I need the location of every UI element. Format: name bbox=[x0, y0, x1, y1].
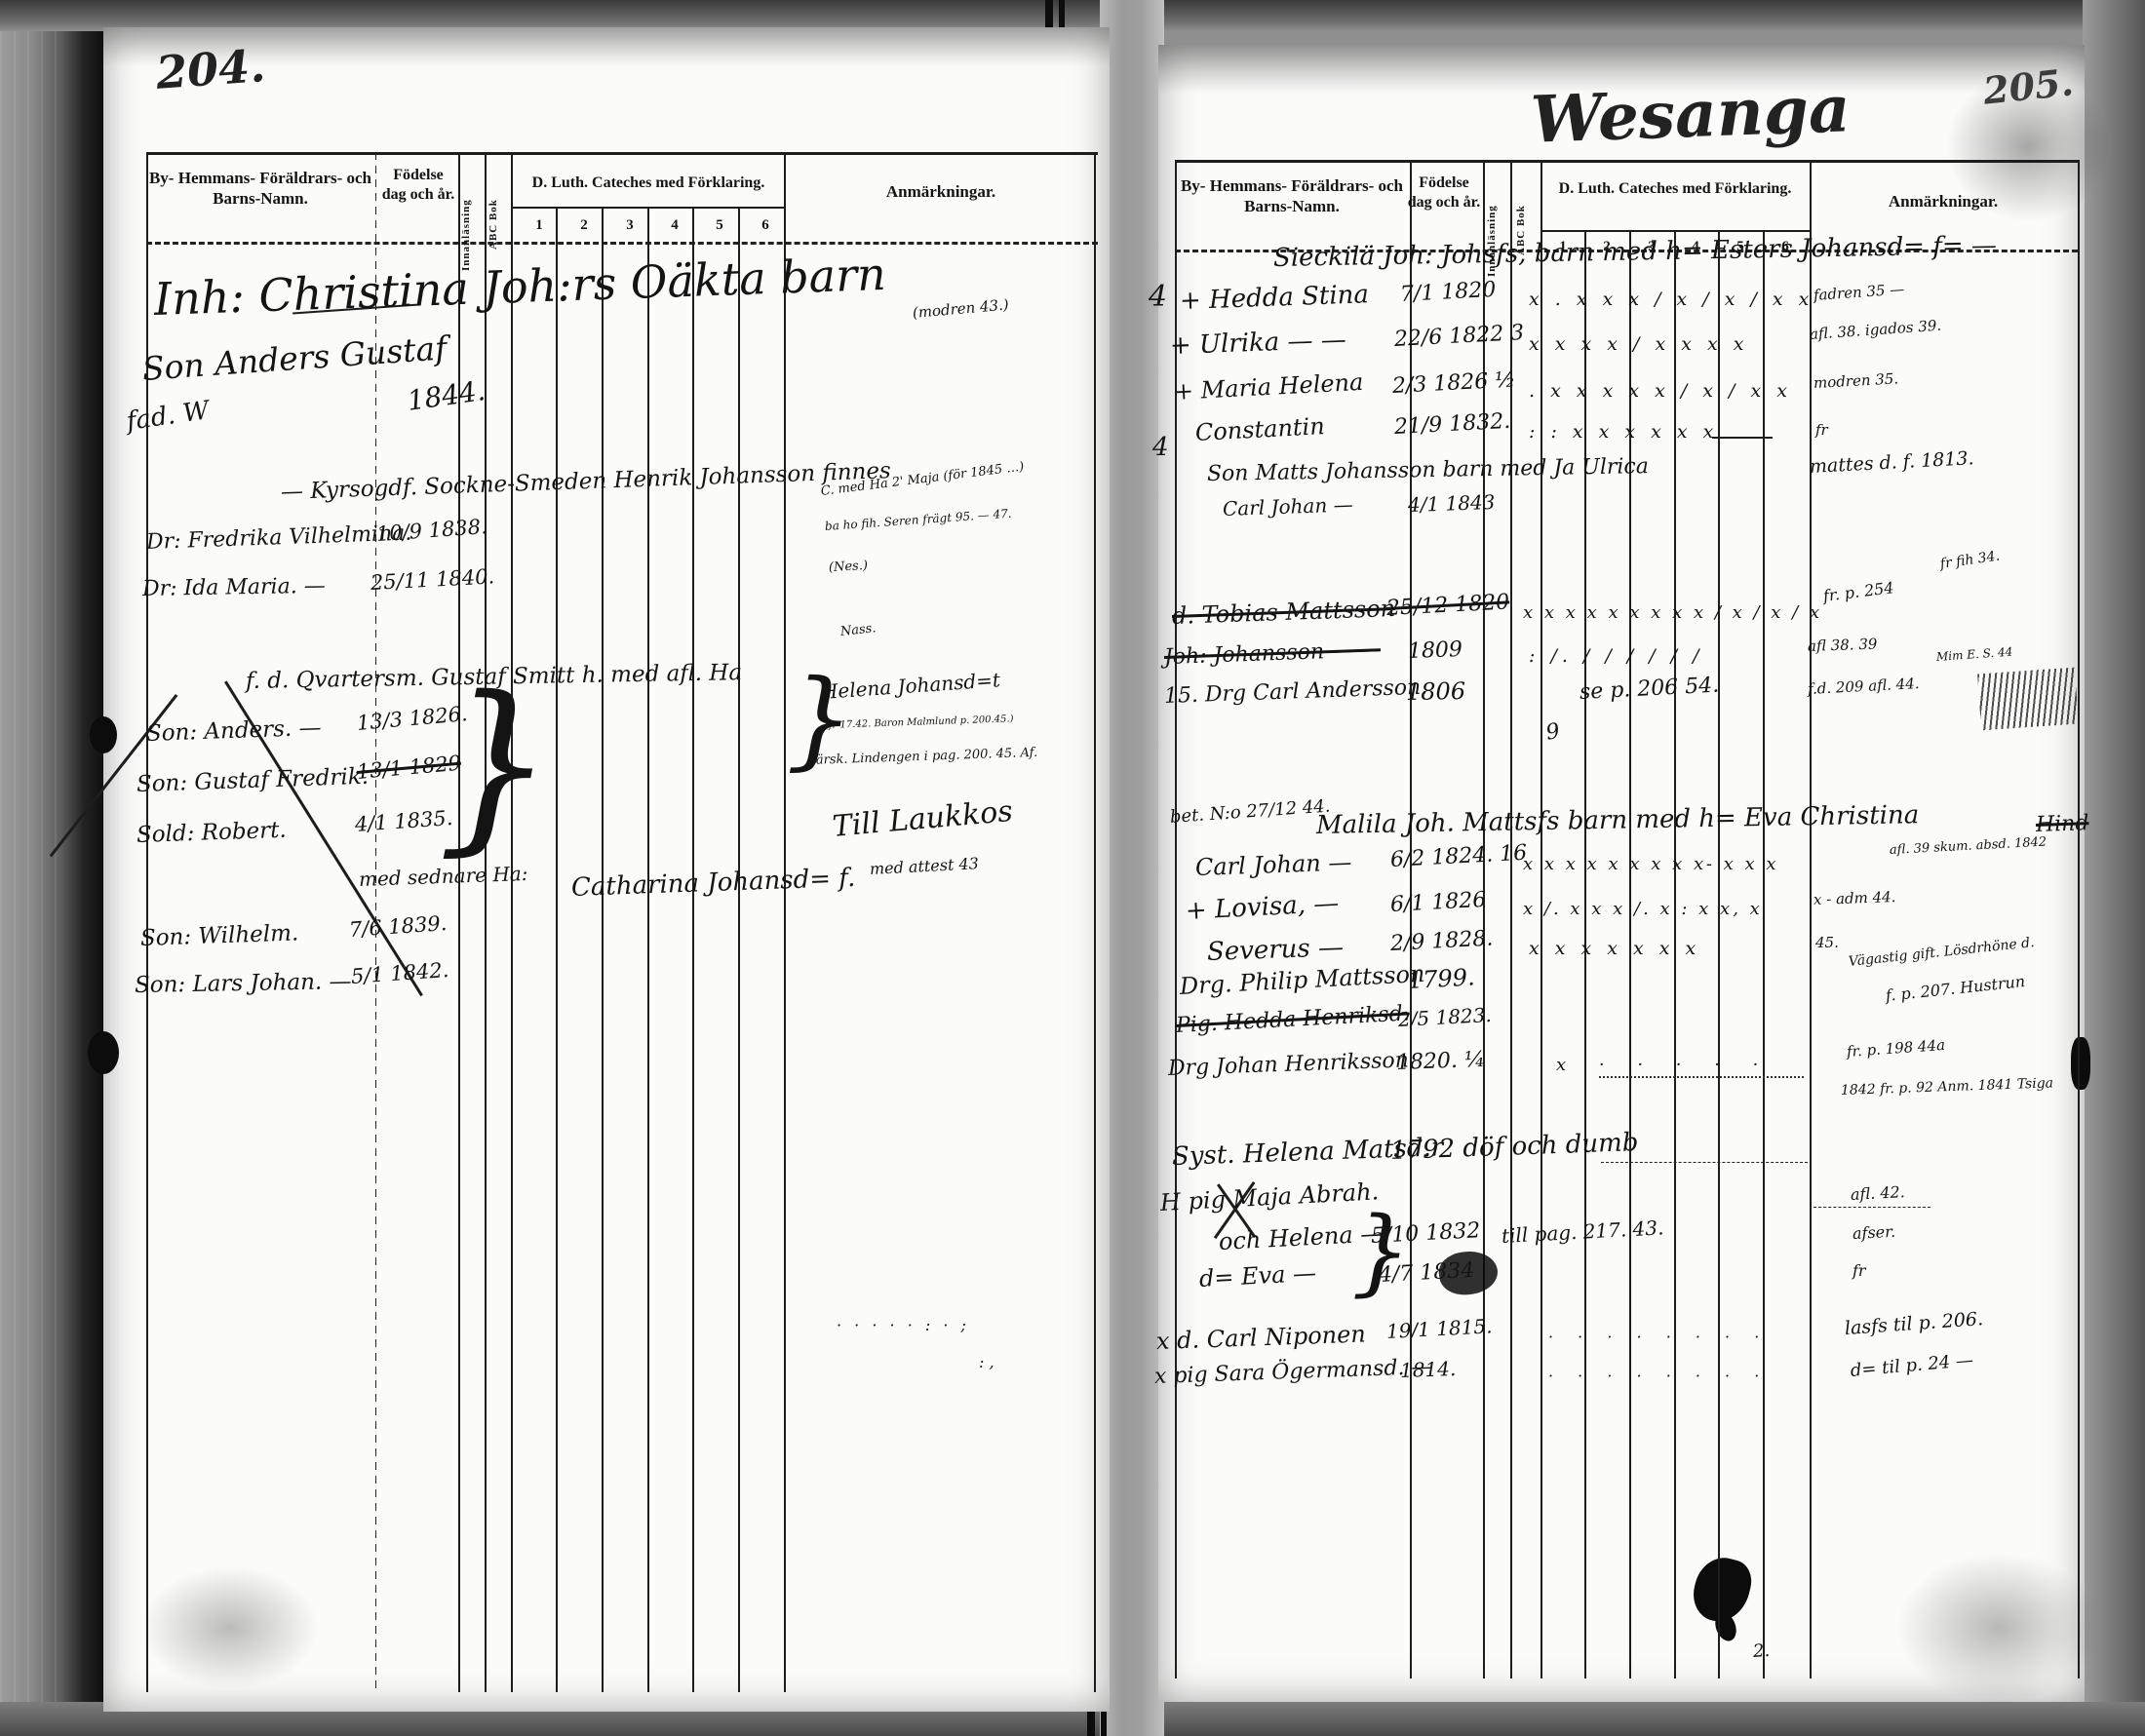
remark: 45. bbox=[1815, 936, 1839, 950]
entry-name: Constantin bbox=[1194, 414, 1325, 444]
entry-name: + Lovisa, — bbox=[1185, 891, 1340, 924]
marks: · · · · · : · ; bbox=[837, 1318, 970, 1333]
entry-name: + Ulrika — — bbox=[1170, 328, 1347, 359]
remark: (Nes.) bbox=[829, 559, 869, 574]
entry-name: Sold: Robert. bbox=[136, 820, 288, 847]
marks: x x x x / x x x x bbox=[1529, 335, 1748, 354]
catechism-col-6: 6 bbox=[751, 216, 780, 235]
entry-date: 1806 bbox=[1406, 679, 1465, 704]
column-header-catechism: D. Luth. Cateches med Förklaring. bbox=[515, 174, 782, 193]
remark: afl. 42. bbox=[1851, 1184, 1906, 1203]
table-rule bbox=[1810, 160, 1812, 1678]
table-rule bbox=[784, 152, 786, 1692]
column-header-birth: Födelse dag och år. bbox=[380, 166, 456, 205]
entry-date: 2/5 1823. bbox=[1397, 1005, 1492, 1029]
entry-name: x d. Carl Niponen bbox=[1156, 1323, 1367, 1353]
column-header-abc: ABC Bok bbox=[1515, 172, 1529, 289]
marks: · · · · · · · · bbox=[1548, 1369, 1769, 1384]
marks: : /. / / / / / / bbox=[1529, 647, 1704, 666]
column-header-remarks: Anmärkningar. bbox=[1860, 191, 2026, 212]
brace: } bbox=[1351, 1205, 1411, 1298]
table-rule bbox=[2078, 160, 2080, 1678]
left-page-number: 204. bbox=[154, 39, 267, 99]
right-page-title: Wesanga bbox=[1530, 70, 1852, 157]
table-rule bbox=[602, 207, 604, 1692]
table-rule bbox=[738, 207, 740, 1692]
marks: x . x x x / x / x / x x bbox=[1529, 290, 1813, 309]
entry-name: Severus — bbox=[1207, 935, 1345, 965]
entry-date: 7/1 1820 bbox=[1399, 280, 1496, 306]
right-page-number: 205. bbox=[1981, 59, 2076, 112]
entry-date: 2/9 1828. bbox=[1389, 928, 1493, 954]
column-header-names: By- Hemmans- Föräldrars- och Barns-Namn. bbox=[148, 168, 372, 210]
marks: . x x x x x / x / x x bbox=[1529, 382, 1792, 401]
strike-line bbox=[1712, 437, 1773, 439]
remark: fr bbox=[1852, 1263, 1866, 1279]
entry-heading: Hind bbox=[2036, 813, 2089, 836]
catechism-col-5: 5 bbox=[705, 216, 734, 235]
page-edge-nub bbox=[88, 1031, 119, 1074]
entry-name: + Hedda Stina bbox=[1180, 282, 1370, 314]
column-header-catechism: D. Luth. Cateches med Förklaring. bbox=[1544, 179, 1806, 199]
marks: x x x x x x x x x- x x x bbox=[1523, 856, 1779, 873]
table-rule bbox=[1175, 160, 2078, 163]
table-rule bbox=[485, 152, 487, 1692]
table-rule bbox=[1094, 152, 1096, 1692]
margin-number: 4 bbox=[1152, 435, 1169, 460]
table-rule bbox=[692, 207, 694, 1692]
remark: fr bbox=[1815, 423, 1828, 438]
column-header-remarks: Anmärkningar. bbox=[858, 181, 1024, 202]
entry-name: d. Tobias Mattsson bbox=[1172, 597, 1396, 628]
catechism-col-1: 1 bbox=[525, 216, 554, 235]
entry-name: Son: Lars Johan. — bbox=[135, 971, 352, 997]
dashed-line bbox=[1601, 1162, 1808, 1163]
marks: · · · · · · · · bbox=[1548, 1330, 1769, 1345]
dashed-line bbox=[1813, 1207, 1930, 1208]
scanned-register-spread: 204. By- Hemmans- Föräldrars- och Barns-… bbox=[0, 0, 2145, 1736]
scan-edge-right bbox=[2083, 0, 2145, 1736]
marks: 2. bbox=[1752, 1642, 1770, 1661]
entry-date: 1814. bbox=[1400, 1359, 1457, 1380]
entry-date: 1809 bbox=[1408, 639, 1463, 663]
marks: : , bbox=[979, 1355, 994, 1370]
remark: afl 38. 39 bbox=[1808, 637, 1878, 654]
column-header-names: By- Hemmans- Föräldrars- och Barns-Namn. bbox=[1178, 175, 1406, 217]
table-rule bbox=[511, 152, 513, 1692]
scan-edge-left-streaks bbox=[0, 0, 68, 1736]
remark: modren 35. bbox=[1813, 371, 1899, 391]
catechism-col-3: 3 bbox=[615, 216, 644, 235]
page-edge-nub bbox=[2071, 1037, 2090, 1090]
entry-name: Dr: Ida Maria. — bbox=[142, 576, 326, 600]
marks: : : x x x x x x bbox=[1529, 423, 1718, 442]
entry-date: 6/1 1826 bbox=[1389, 890, 1486, 916]
entry-heading: med sednare Ha: bbox=[359, 864, 528, 889]
marks: x · · · · · bbox=[1556, 1057, 1772, 1074]
entry-name: Carl Johan — bbox=[1223, 494, 1353, 519]
remark: x - adm 44. bbox=[1813, 890, 1896, 907]
entry-date: 1799. bbox=[1407, 965, 1475, 992]
table-rule bbox=[1763, 230, 1765, 1678]
margin-number: 4 bbox=[1149, 283, 1167, 312]
table-rule bbox=[647, 207, 649, 1692]
table-rule bbox=[146, 242, 1098, 245]
remark: afser. bbox=[1852, 1224, 1896, 1242]
entry-name: Carl Johan — bbox=[1195, 850, 1352, 879]
entry-date: 1820. ¼ bbox=[1396, 1050, 1486, 1074]
entry-date: 4/1 1843 bbox=[1408, 492, 1496, 515]
marks: x /. x x x /. x : x x, x bbox=[1523, 901, 1763, 918]
catechism-col-4: 4 bbox=[660, 216, 689, 235]
page-edge-nub bbox=[90, 716, 117, 753]
entry-name: Son: Anders. — bbox=[146, 717, 322, 746]
table-rule bbox=[1718, 230, 1720, 1678]
marks: x x x x x x x bbox=[1529, 940, 1700, 958]
column-header-birth: Födelse dag och år. bbox=[1407, 174, 1481, 212]
entry-date: 19/1 1815. bbox=[1385, 1316, 1492, 1341]
remark: Nass. bbox=[839, 622, 877, 638]
table-rule bbox=[146, 152, 1098, 155]
table-rule bbox=[556, 207, 558, 1692]
catechism-col-2: 2 bbox=[569, 216, 599, 235]
marks: x x x x x x x x x / x / x / x bbox=[1523, 604, 1822, 622]
entry-name: Son: Wilhelm. bbox=[140, 922, 299, 950]
dotted-line bbox=[1599, 1076, 1804, 1078]
entry-name: d= Eva — bbox=[1198, 1261, 1316, 1291]
